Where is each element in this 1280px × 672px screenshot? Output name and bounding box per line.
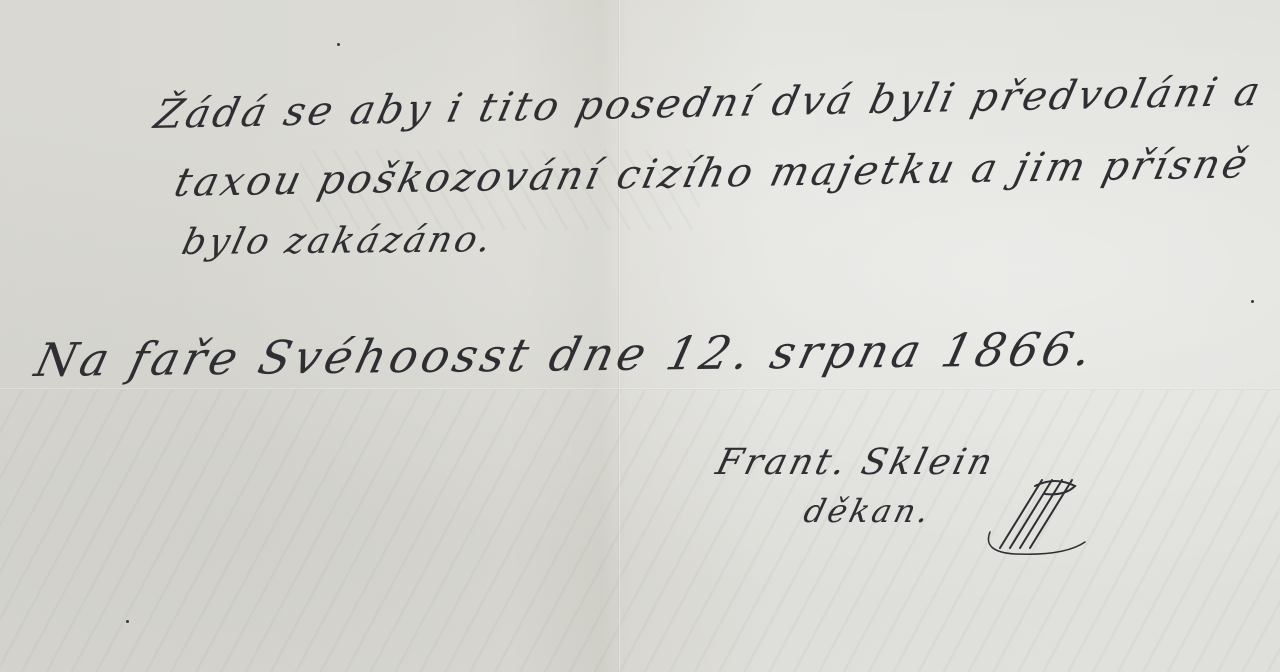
body-line-3: bylo zakázáno.	[178, 219, 498, 263]
ink-dot	[1251, 300, 1254, 303]
signature-paraph-icon	[980, 470, 1090, 560]
dateline: Na faře Svéhoosst dne 12. srpna 1866.	[30, 322, 1101, 387]
horizontal-fold-crease	[0, 388, 1280, 390]
signature-title: děkan.	[800, 492, 936, 530]
signature-name: Frant. Sklein	[712, 442, 999, 483]
ink-dot	[337, 43, 340, 46]
ink-dot	[126, 620, 129, 623]
